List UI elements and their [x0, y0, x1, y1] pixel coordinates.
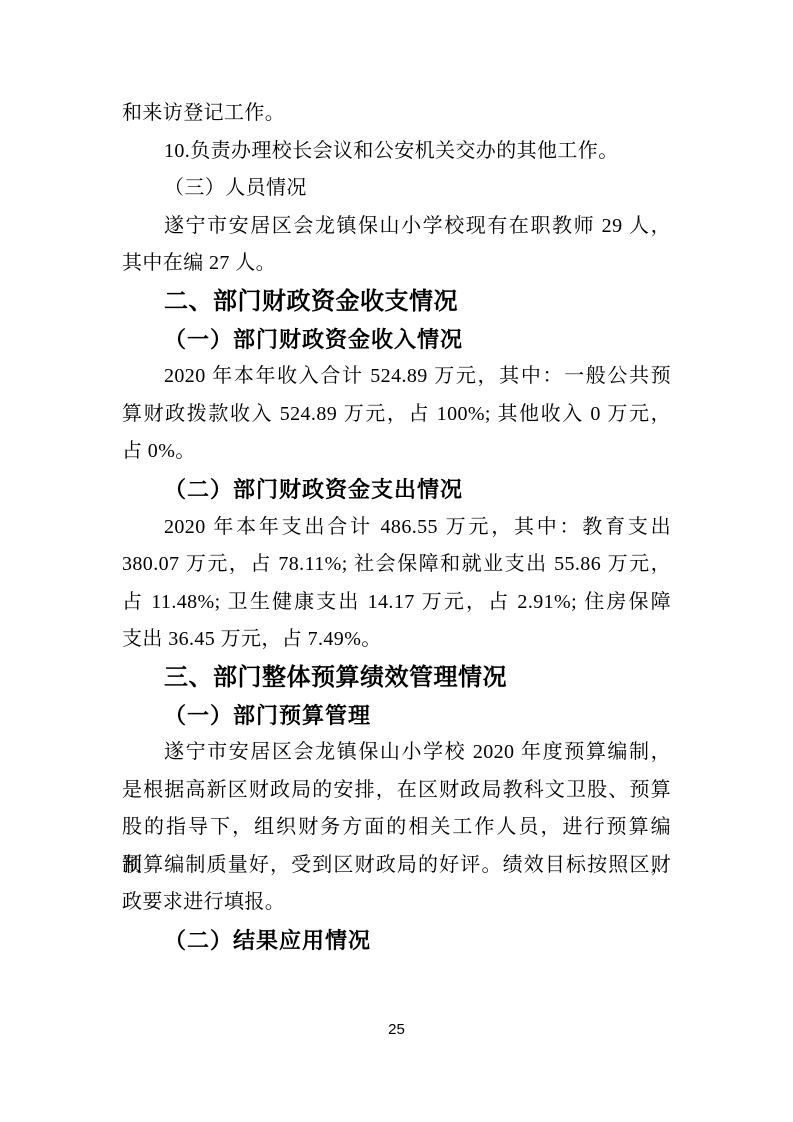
section-heading: 二、部门财政资金收支情况 — [122, 283, 671, 321]
body-text-line: 支出 36.45 万元，占 7.49%。 — [122, 621, 671, 659]
body-text-line: 占 0%。 — [122, 433, 671, 471]
body-text-line: 算财政拨款收入 524.89 万元，占 100%; 其他收入 0 万元， — [122, 396, 671, 434]
section-heading: 三、部门整体预算绩效管理情况 — [122, 659, 671, 697]
subsection-heading: （一）部门预算管理 — [122, 697, 671, 735]
body-text-line: 380.07 万元，占 78.11%; 社会保障和就业支出 55.86 万元， — [122, 546, 671, 584]
body-text-line: 2020 年本年支出合计 486.55 万元，其中：教育支出 — [122, 509, 671, 547]
body-text-line: 股的指导下，组织财务方面的相关工作人员，进行预算编制， — [122, 809, 671, 847]
subsection-heading: （二）结果应用情况 — [122, 922, 671, 960]
body-text-line: 遂宁市安居区会龙镇保山小学校现有在职教师 29 人， — [122, 208, 671, 246]
document-page: 和来访登记工作。 10.负责办理校长会议和公安机关交办的其他工作。 （三）人员情… — [0, 0, 793, 1122]
body-text-line: 2020 年本年收入合计 524.89 万元，其中：一般公共预 — [122, 358, 671, 396]
subsection-heading: （一）部门财政资金收入情况 — [122, 321, 671, 359]
body-text-line: 占 11.48%; 卫生健康支出 14.17 万元，占 2.91%; 住房保障 — [122, 584, 671, 622]
body-text-line: 和来访登记工作。 — [122, 95, 671, 133]
document-body: 和来访登记工作。 10.负责办理校长会议和公安机关交办的其他工作。 （三）人员情… — [122, 95, 671, 960]
body-text-line: （三）人员情况 — [122, 170, 671, 208]
body-text-line: 预算编制质量好，受到区财政局的好评。绩效目标按照区财 — [122, 847, 671, 885]
body-text-line: 其中在编 27 人。 — [122, 245, 671, 283]
subsection-heading: （二）部门财政资金支出情况 — [122, 471, 671, 509]
body-text-line: 10.负责办理校长会议和公安机关交办的其他工作。 — [122, 133, 671, 171]
body-text-line: 是根据高新区财政局的安排，在区财政局教科文卫股、预算 — [122, 772, 671, 810]
page-number: 25 — [0, 1020, 793, 1040]
body-text-line: 政要求进行填报。 — [122, 884, 671, 922]
body-text-line: 遂宁市安居区会龙镇保山小学校 2020 年度预算编制， — [122, 734, 671, 772]
